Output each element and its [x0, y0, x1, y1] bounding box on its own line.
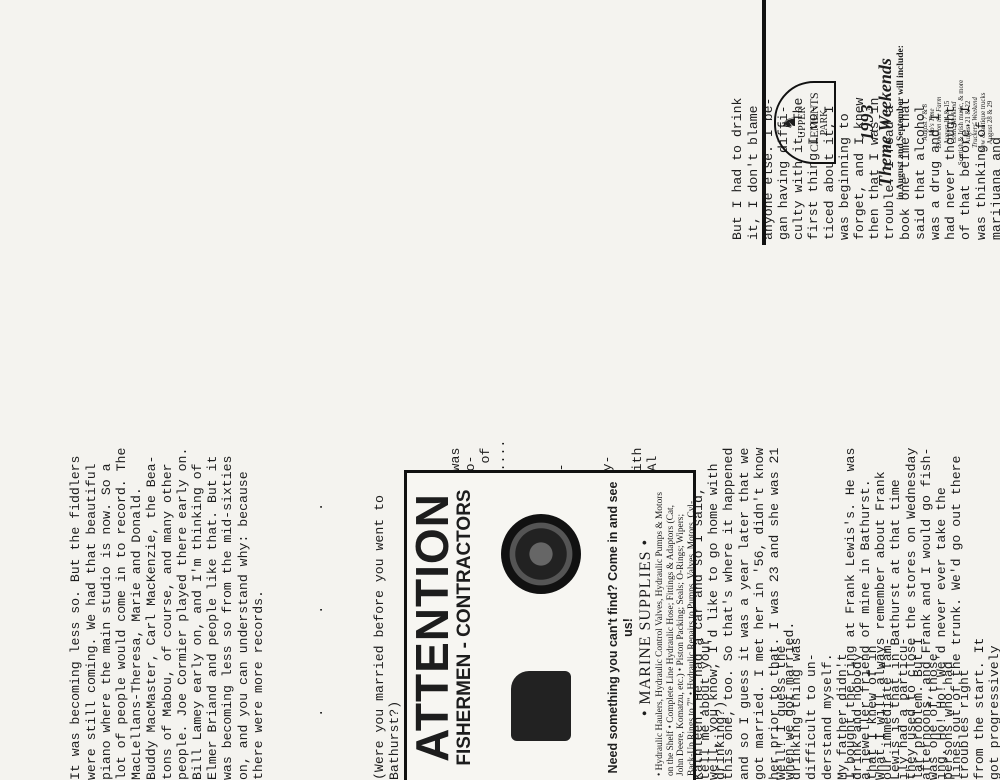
weekend-list: August 7 & 8 Mo's Time Down on the Farm … — [922, 0, 1000, 245]
pump-pulley-illustration — [501, 514, 581, 594]
hydraulic-valve-illustration — [511, 671, 571, 741]
theme-weekends-intro: in August and September will include: — [896, 0, 920, 245]
ad-subhead: FISHERMEN - CONTRACTORS — [454, 475, 476, 780]
interview-question: (Were you married before you went to Bat… — [372, 0, 402, 780]
ad-headline: ATTENTION — [410, 475, 454, 780]
section-break-dots: . . . — [311, 0, 326, 780]
divider-rule — [762, 0, 766, 245]
theme-weekends-title: Theme Weekends — [876, 0, 894, 245]
marine-supplies-ad: ATTENTION FISHERMEN - CONTRACTORS Need s… — [410, 475, 695, 780]
ad-section-title: • MARINE SUPPLIES • — [636, 475, 655, 780]
article-paragraph: It was becoming less so. But the fiddler… — [68, 0, 266, 780]
park-ad-lower — [770, 245, 1000, 780]
year: 1993 — [858, 0, 876, 245]
theme-weekends-block: 1993 Theme Weekends — [858, 0, 894, 245]
article-column-1: It was becoming less so. But the fiddler… — [38, 0, 428, 780]
ad-tagline: Need something you can't find? Come in a… — [606, 475, 636, 780]
ad-body-line: on the Shelf • Complete Line Hydraulic H… — [666, 475, 677, 776]
ad-body-line: John Deere, Komatzu, etc.) • Piston Pack… — [676, 475, 687, 776]
ad-body-line: • Hydraulic Haulers, Hydraulic Control V… — [655, 475, 666, 776]
ad-body-line: Back-Up Rings to 7" • Hydraulic Repairs … — [687, 475, 698, 776]
